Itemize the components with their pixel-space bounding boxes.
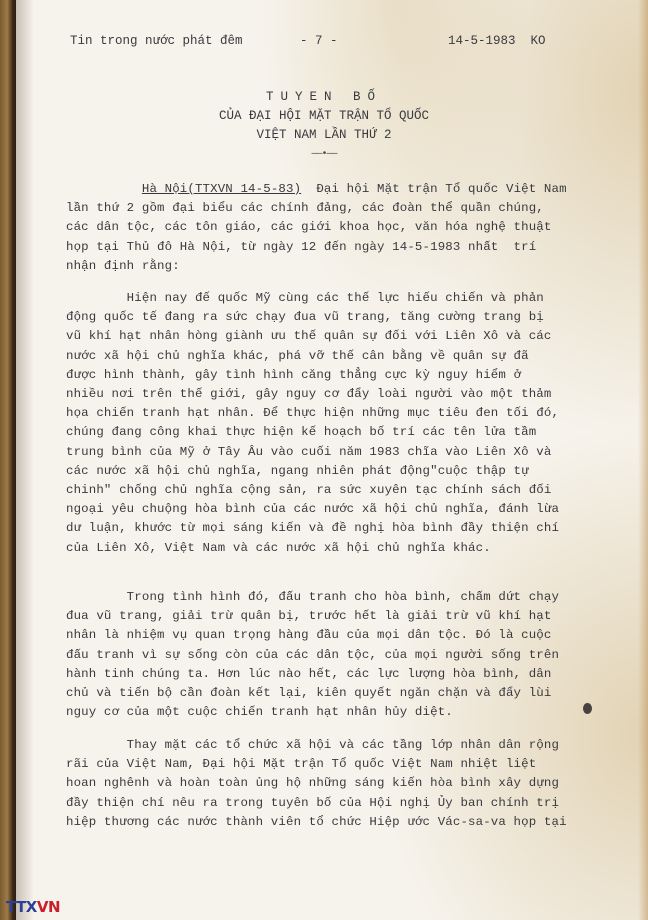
paragraph-4: Thay mặt các tổ chức xã hội và các tầng … [66,736,586,832]
paragraph-2: Hiện nay đế quốc Mỹ cùng các thế lực hiế… [66,289,586,558]
dateline: Hà Nội(TTXVN 14-5-83) [142,182,301,196]
title-line-1: TUYEN BỐ [0,88,648,107]
title-line-2: CỦA ĐẠI HỘI MẶT TRẬN TỔ QUỐC [0,107,648,126]
page-number: - 7 - [300,34,338,48]
title-divider: ——•—— [0,145,648,164]
paragraph-1: Hà Nội(TTXVN 14-5-83) Đại hội Mặt trận T… [66,180,586,276]
paragraph-3: Trong tình hình đó, đấu tranh cho hòa bì… [66,588,586,722]
document-title: TUYEN BỐ CỦA ĐẠI HỘI MẶT TRẬN TỔ QUỐC VI… [0,88,648,164]
ttxvn-logo: TTXVN [6,898,60,916]
header-left: Tin trong nước phát đêm [70,34,243,48]
title-line-3: VIỆT NAM LẦN THỨ 2 [0,126,648,145]
ink-blot [583,703,592,714]
page-header: Tin trong nước phát đêm - 7 - 14-5-1983 … [70,34,570,52]
header-date-code: 14-5-1983 KO [448,34,546,48]
